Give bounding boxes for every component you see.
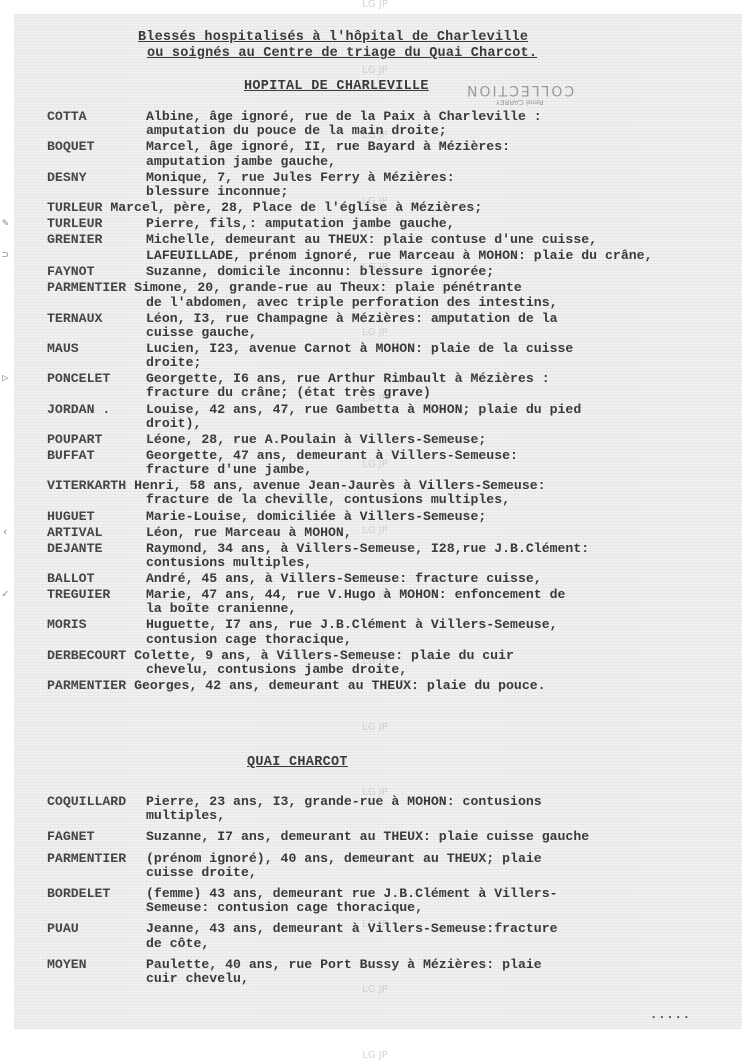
- title-line-2: ou soignés au Centre de triage du Quai C…: [138, 46, 537, 62]
- list-item: Marie-Louise, domiciliée à Villers-Semeu…: [0, 510, 750, 524]
- entry-line: blessure inconnue;: [0, 185, 750, 199]
- surname: BALLOT: [47, 572, 94, 586]
- list-item: Lucien, I23, avenue Carnot à MOHON: plai…: [0, 342, 750, 370]
- entry-line: multiples,: [0, 809, 750, 823]
- entry-line: LAFEUILLADE, prénom ignoré, rue Marceau …: [0, 249, 750, 263]
- list-item: Monique, 7, rue Jules Ferry à Mézières:b…: [0, 171, 750, 199]
- entry-line: Georgette, 47 ans, demeurant à Villers-S…: [0, 449, 750, 463]
- continuation-mark: .....: [650, 1008, 691, 1022]
- entries-hopital: Albine, âge ignoré, rue de la Paix à Cha…: [0, 110, 750, 695]
- list-item: ▷Georgette, I6 ans, rue Arthur Rimbault …: [0, 372, 750, 400]
- surname: MORIS: [47, 618, 87, 632]
- entry-line: Raymond, 34 ans, à Villers-Semeuse, I28,…: [0, 542, 750, 556]
- entry-line: contusions multiples,: [0, 556, 750, 570]
- collection-stamp: René CARREY COLLECTION: [465, 82, 574, 106]
- entry-line: Léon, I3, rue Champagne à Mézières: ampu…: [0, 312, 750, 326]
- entry-line: André, 45 ans, à Villers-Semeuse: fractu…: [0, 572, 750, 586]
- list-item: (femme) 43 ans, demeurant rue J.B.Clémen…: [0, 887, 750, 915]
- entry-line: Louise, 42 ans, 47, rue Gambetta à MOHON…: [0, 403, 750, 417]
- surname: JORDAN .: [47, 403, 110, 417]
- watermark-logo: LG JP: [362, 1051, 387, 1061]
- list-item: ✎Pierre, fils,: amputation jambe gauche,…: [0, 217, 750, 231]
- surname: ARTIVAL: [47, 526, 102, 540]
- margin-mark-icon: ⊃: [2, 249, 9, 263]
- list-item: ✓Marie, 47 ans, 44, rue V.Hugo à MOHON: …: [0, 588, 750, 616]
- entry-line: fracture de la cheville, contusions mult…: [0, 493, 750, 507]
- entry-line: TURLEUR Marcel, père, 28, Place de l'égl…: [0, 201, 750, 215]
- list-item: Michelle, demeurant au THEUX: plaie cont…: [0, 233, 750, 247]
- entry-line: Léone, 28, rue A.Poulain à Villers-Semeu…: [0, 433, 750, 447]
- entry-line: PARMENTIER Simone, 20, grande-rue au The…: [0, 281, 750, 295]
- entry-line: de côte,: [0, 937, 750, 951]
- entry-line: amputation du pouce de la main droite;: [0, 124, 750, 138]
- surname: BUFFAT: [47, 449, 94, 463]
- entry-line: de l'abdomen, avec triple perforation de…: [0, 296, 750, 310]
- list-item: Jeanne, 43 ans, demeurant à Villers-Seme…: [0, 922, 750, 950]
- entry-line: Marie-Louise, domiciliée à Villers-Semeu…: [0, 510, 750, 524]
- entry-line: droit),: [0, 417, 750, 431]
- watermark-logo: LG JP: [362, 0, 387, 10]
- surname: BORDELET: [47, 887, 110, 901]
- surname: TREGUIER: [47, 588, 110, 602]
- list-item: Georgette, 47 ans, demeurant à Villers-S…: [0, 449, 750, 477]
- entry-line: contusion cage thoracique,: [0, 633, 750, 647]
- entry-line: Michelle, demeurant au THEUX: plaie cont…: [0, 233, 750, 247]
- entry-line: cuisse gauche,: [0, 326, 750, 340]
- margin-mark-icon: ‹: [2, 526, 9, 540]
- list-item: Léon, I3, rue Champagne à Mézières: ampu…: [0, 312, 750, 340]
- entry-line: la boîte cranienne,: [0, 602, 750, 616]
- surname: PUAU: [47, 922, 79, 936]
- stamp-subtext: René CARREY: [465, 98, 574, 106]
- surname: PARMENTIER: [47, 852, 126, 866]
- entry-line: (femme) 43 ans, demeurant rue J.B.Clémen…: [0, 887, 750, 901]
- surname: COTTA: [47, 110, 87, 124]
- entry-line: Suzanne, domicile inconnu: blessure igno…: [0, 265, 750, 279]
- list-item: Louise, 42 ans, 47, rue Gambetta à MOHON…: [0, 403, 750, 431]
- surname: TERNAUX: [47, 312, 102, 326]
- surname: MAUS: [47, 342, 79, 356]
- list-item: Albine, âge ignoré, rue de la Paix à Cha…: [0, 110, 750, 138]
- surname: FAGNET: [47, 830, 94, 844]
- list-item: André, 45 ans, à Villers-Semeuse: fractu…: [0, 572, 750, 586]
- entry-line: fracture du crâne; (état très grave): [0, 386, 750, 400]
- list-item: (prénom ignoré), 40 ans, demeurant au TH…: [0, 852, 750, 880]
- entry-line: VITERKARTH Henri, 58 ans, avenue Jean-Ja…: [0, 479, 750, 493]
- surname: TURLEUR: [47, 200, 110, 215]
- list-item: PARMENTIER Simone, 20, grande-rue au The…: [0, 281, 750, 309]
- surname: HUGUET: [47, 510, 94, 524]
- entry-line: fracture d'une jambe,: [0, 463, 750, 477]
- surname: FAYNOT: [47, 265, 94, 279]
- list-item: ⊃LAFEUILLADE, prénom ignoré, rue Marceau…: [0, 249, 750, 263]
- surname: MOYEN: [47, 958, 87, 972]
- document-title: Blessés hospitalisés à l'hôpital de Char…: [138, 30, 537, 62]
- surname: VITERKARTH: [47, 478, 134, 493]
- surname: DESNY: [47, 171, 87, 185]
- list-item: VITERKARTH Henri, 58 ans, avenue Jean-Ja…: [0, 479, 750, 507]
- entry-line: DERBECOURT Colette, 9 ans, à Villers-Sem…: [0, 649, 750, 663]
- surname: PARMENTIER: [47, 678, 134, 693]
- entry-line: Georgette, I6 ans, rue Arthur Rimbault à…: [0, 372, 750, 386]
- list-item: Pierre, 23 ans, I3, grande-rue à MOHON: …: [0, 795, 750, 823]
- surname: COQUILLARD: [47, 795, 126, 809]
- surname: POUPART: [47, 433, 102, 447]
- section-heading-hopital: HOPITAL DE CHARLEVILLE: [244, 79, 429, 94]
- list-item: Suzanne, domicile inconnu: blessure igno…: [0, 265, 750, 279]
- list-item: Paulette, 40 ans, rue Port Bussy à Méziè…: [0, 958, 750, 986]
- list-item: Suzanne, I7 ans, demeurant au THEUX: pla…: [0, 830, 750, 844]
- entry-line: droite;: [0, 356, 750, 370]
- surname: DEJANTE: [47, 542, 102, 556]
- surname: PARMENTIER: [47, 280, 134, 295]
- entry-line: Suzanne, I7 ans, demeurant au THEUX: pla…: [0, 830, 750, 844]
- surname: GRENIER: [47, 233, 102, 247]
- surname: TURLEUR: [47, 217, 102, 231]
- list-item: Huguette, I7 ans, rue J.B.Clément à Vill…: [0, 618, 750, 646]
- stamp-text: COLLECTION: [465, 82, 574, 98]
- section-heading-quai-charcot: QUAI CHARCOT: [247, 755, 348, 770]
- entry-line: chevelu, contusions jambe droite,: [0, 663, 750, 677]
- entry-line: cuir chevelu,: [0, 972, 750, 986]
- surname: LAFEUILLADE: [146, 248, 233, 263]
- title-line-1: Blessés hospitalisés à l'hôpital de Char…: [138, 30, 537, 46]
- list-item: TURLEUR Marcel, père, 28, Place de l'égl…: [0, 201, 750, 215]
- entry-line: Monique, 7, rue Jules Ferry à Mézières:: [0, 171, 750, 185]
- entry-line: Huguette, I7 ans, rue J.B.Clément à Vill…: [0, 618, 750, 632]
- entry-line: Semeuse: contusion cage thoracique,: [0, 901, 750, 915]
- entry-line: Jeanne, 43 ans, demeurant à Villers-Seme…: [0, 922, 750, 936]
- list-item: ‹Léon, rue Marceau à MOHON,ARTIVAL: [0, 526, 750, 540]
- entry-line: Albine, âge ignoré, rue de la Paix à Cha…: [0, 110, 750, 124]
- entries-quai-charcot: Pierre, 23 ans, I3, grande-rue à MOHON: …: [0, 795, 750, 993]
- margin-mark-icon: ✓: [2, 588, 9, 602]
- entry-line: amputation jambe gauche,: [0, 155, 750, 169]
- entry-line: Léon, rue Marceau à MOHON,: [0, 526, 750, 540]
- list-item: DERBECOURT Colette, 9 ans, à Villers-Sem…: [0, 649, 750, 677]
- margin-mark-icon: ▷: [2, 372, 9, 386]
- list-item: Marcel, âge ignoré, II, rue Bayard à Méz…: [0, 140, 750, 168]
- surname: DERBECOURT: [47, 648, 134, 663]
- surname: PONCELET: [47, 372, 110, 386]
- entry-line: Marie, 47 ans, 44, rue V.Hugo à MOHON: e…: [0, 588, 750, 602]
- list-item: Léone, 28, rue A.Poulain à Villers-Semeu…: [0, 433, 750, 447]
- surname: BOQUET: [47, 140, 94, 154]
- entry-line: cuisse droite,: [0, 866, 750, 880]
- entry-line: Marcel, âge ignoré, II, rue Bayard à Méz…: [0, 140, 750, 154]
- entry-line: PARMENTIER Georges, 42 ans, demeurant au…: [0, 679, 750, 693]
- margin-mark-icon: ✎: [2, 217, 9, 231]
- entry-line: Paulette, 40 ans, rue Port Bussy à Méziè…: [0, 958, 750, 972]
- entry-line: Pierre, fils,: amputation jambe gauche,: [0, 217, 750, 231]
- entry-line: Lucien, I23, avenue Carnot à MOHON: plai…: [0, 342, 750, 356]
- list-item: PARMENTIER Georges, 42 ans, demeurant au…: [0, 679, 750, 693]
- list-item: Raymond, 34 ans, à Villers-Semeuse, I28,…: [0, 542, 750, 570]
